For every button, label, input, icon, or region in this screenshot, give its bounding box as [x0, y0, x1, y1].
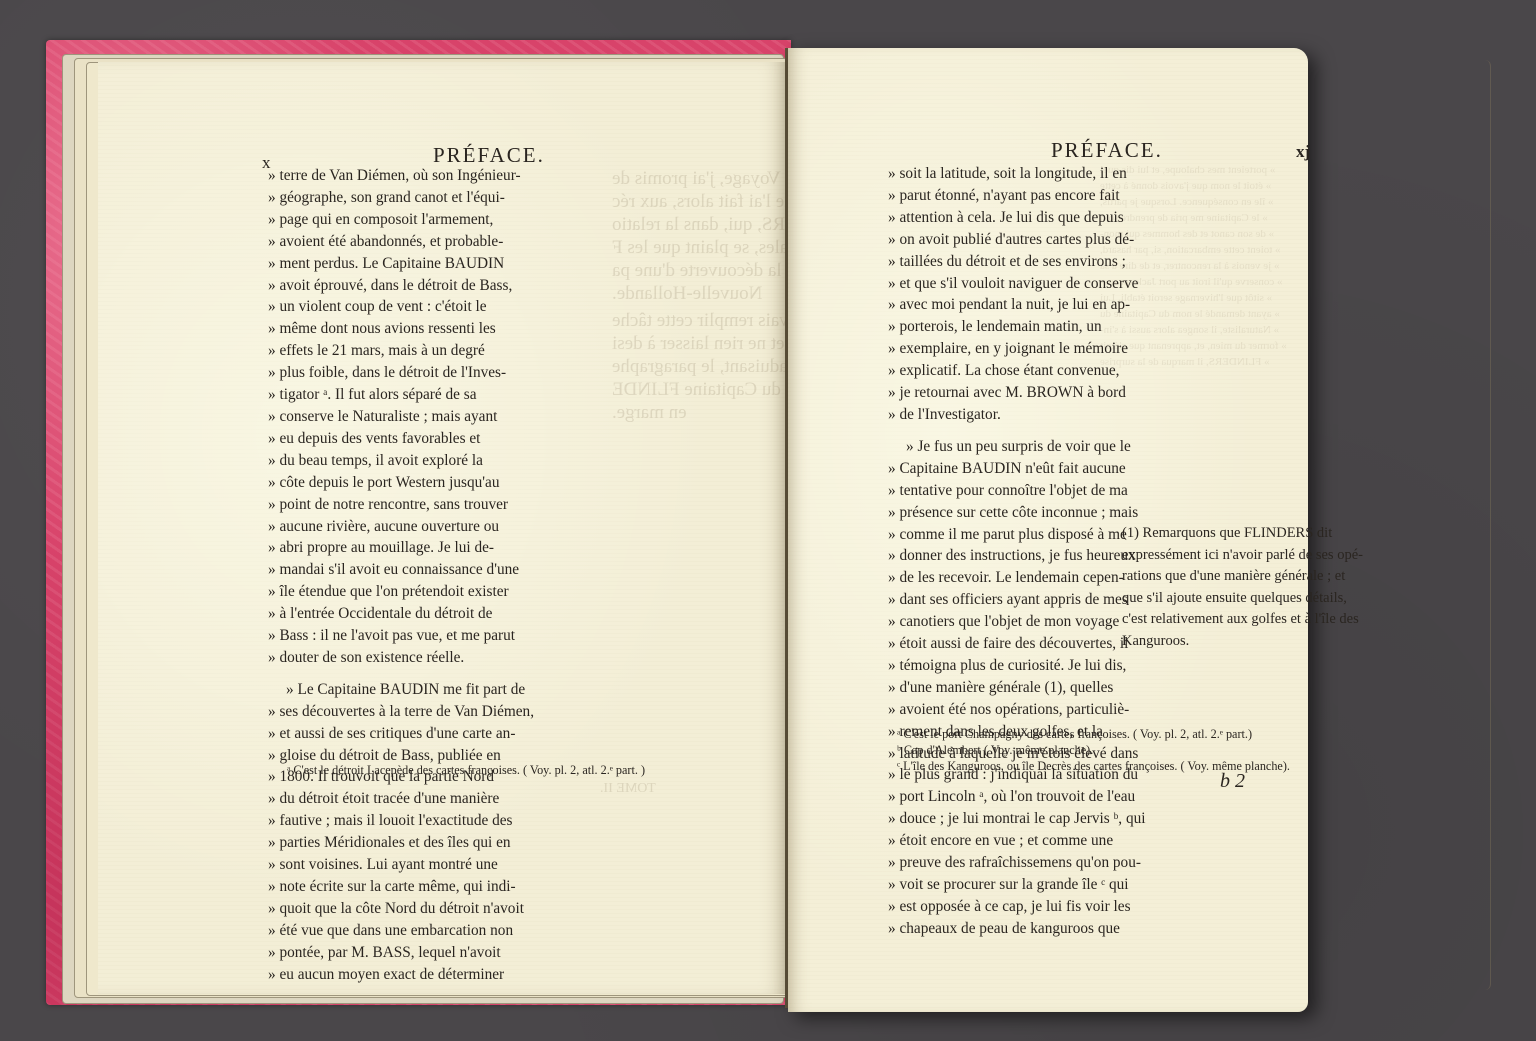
note-line: que s'il ajoute ensuite quelques détails… — [1122, 588, 1308, 610]
text-line: » est opposée à ce cap, je lui fis voir … — [888, 896, 1090, 918]
bleed-line: Nouvelle-Hollande. — [612, 283, 762, 306]
text-line: » de l'Investigator. — [888, 404, 1090, 426]
text-line: » un violent coup de vent : c'étoit le — [268, 296, 474, 318]
right-footnote-b: ᵇ Cap d'Alembert ( Voy. même planche). — [897, 742, 1093, 759]
text-line: » attention à cela. Je lui dis que depui… — [888, 207, 1090, 229]
text-line: » page qui en composoit l'armement, — [268, 209, 474, 231]
text-line: » à l'entrée Occidentale du détroit de — [268, 603, 474, 625]
text-line: » canotiers que l'objet de mon voyage — [888, 611, 1090, 633]
text-line: » Capitaine BAUDIN n'eût fait aucune — [888, 458, 1090, 480]
text-line: » fautive ; mais il louoit l'exactitude … — [268, 810, 474, 832]
text-line: » aucune rivière, aucune ouverture ou — [268, 516, 474, 538]
note-line: c'est relativement aux golfes et à l'île… — [1122, 609, 1308, 631]
text-line: » port Lincoln ᵃ, où l'on trouvoit de l'… — [888, 786, 1090, 808]
text-line: » je retournai avec M. BROWN à bord — [888, 382, 1090, 404]
text-line: » point de notre rencontre, sans trouver — [268, 494, 474, 516]
note-line: Kanguroos. — [1122, 631, 1308, 653]
text-line: » parties Méridionales et des îles qui e… — [268, 832, 474, 854]
text-line: » mandai s'il avoit eu connaissance d'un… — [268, 559, 474, 581]
text-line: » témoigna plus de curiosité. Je lui dis… — [888, 655, 1090, 677]
note-line: expressément ici n'avoir parlé de ses op… — [1122, 545, 1308, 567]
text-line: » pontée, par M. BASS, lequel n'avoit — [268, 942, 474, 964]
note-line: rations que d'une manière générale ; et — [1122, 566, 1308, 588]
text-line: » exemplaire, en y joignant le mémoire — [888, 338, 1090, 360]
text-line: » géographe, son grand canot et l'équi- — [268, 187, 474, 209]
deckle-edge — [1400, 60, 1491, 990]
text-line: » tigator ᵃ. Il fut alors séparé de sa — [268, 384, 474, 406]
text-line: » chapeaux de peau de kanguroos que — [888, 918, 1090, 940]
text-line: » été vue que dans une embarcation non — [268, 920, 474, 942]
text-line: » quoit que la côte Nord du détroit n'av… — [268, 898, 474, 920]
text-line: » on avoit publié d'autres cartes plus d… — [888, 229, 1090, 251]
text-line: » étoit encore en vue ; et comme une — [888, 830, 1090, 852]
text-line: » terre de Van Diémen, où son Ingénieur- — [268, 165, 474, 187]
text-line: » Bass : il ne l'avoit pas vue, et me pa… — [268, 625, 474, 647]
text-line: » Je fus un peu surpris de voir que le — [888, 436, 1090, 458]
text-line: » du détroit étoit tracée d'une manière — [268, 788, 474, 810]
text-line: » douter de son existence réelle. — [268, 647, 474, 669]
text-line: » de les recevoir. Le lendemain cepen- — [888, 567, 1090, 589]
bleed-line: » le Capitaine me pria de prendre soin — [1100, 210, 1268, 226]
text-line: » présence sur cette côte inconnue ; mai… — [888, 502, 1090, 524]
right-folio: xj — [1296, 142, 1310, 162]
text-line: » porterois, le lendemain matin, un — [888, 316, 1090, 338]
bleed-line: Je vais remplir cette tâche — [612, 310, 809, 333]
text-line: » parut étonné, n'ayant pas encore fait — [888, 185, 1090, 207]
text-line: » avoient été abandonnés, et probable- — [268, 231, 474, 253]
text-line: » tentative pour connoître l'objet de ma — [888, 480, 1090, 502]
text-line: » douce ; je lui montrai le cap Jervis ᵇ… — [888, 808, 1090, 830]
text-line: » explicatif. La chose étant convenue, — [888, 360, 1090, 382]
text-line: » avoient été nos opérations, particuliè… — [888, 699, 1090, 721]
text-line: » île étendue que l'on prétendoit existe… — [268, 581, 474, 603]
bleed-line: » île en conséquence. Lorsque je partis, — [1100, 194, 1274, 210]
right-body-text: » soit la latitude, soit la longitude, i… — [888, 163, 1090, 940]
text-line: » taillées du détroit et de ses environs… — [888, 251, 1090, 273]
text-line: » sont voisines. Lui ayant montré une — [268, 854, 474, 876]
bleed-line: » Naturaliste, il songea alors aussi à s… — [1100, 322, 1279, 338]
text-line: » donner des instructions, je fus heureu… — [888, 545, 1090, 567]
bleed-line: TOME II. — [600, 778, 656, 801]
text-line: » effets le 21 mars, mais à un degré — [268, 340, 474, 362]
text-line: » eu aucun moyen exact de déterminer — [268, 964, 474, 986]
text-line: » Le Capitaine BAUDIN me fit part de — [268, 679, 474, 701]
text-line: » et aussi de ses critiques d'une carte … — [268, 723, 474, 745]
bleed-line: en marge. — [612, 402, 687, 425]
text-line: » du beau temps, il avoit exploré la — [268, 450, 474, 472]
text-line: » ment perdus. Le Capitaine BAUDIN — [268, 253, 474, 275]
right-footnote-a: ᵃ C'est le port Champagny des cartes fra… — [897, 726, 1252, 743]
text-line: » côte depuis le port Western jusqu'au — [268, 472, 474, 494]
right-running-head: PRÉFACE. — [1051, 138, 1163, 163]
text-line: » et que s'il vouloit naviguer de conser… — [888, 273, 1090, 295]
margin-note: (1) Remarquons que FLINDERS dit expressé… — [1122, 523, 1308, 652]
text-line: » d'une manière générale (1), quelles — [888, 677, 1090, 699]
text-line: » voit se procurer sur la grande île ᶜ q… — [888, 874, 1090, 896]
text-line: » avoit éprouvé, dans le détroit de Bass… — [268, 275, 474, 297]
signature-mark: b 2 — [1220, 770, 1245, 793]
left-footnote: ᵃ C'est le détroit Lacepède des cartes f… — [287, 762, 645, 779]
note-line: (1) Remarquons que FLINDERS dit — [1122, 523, 1308, 545]
text-line: » étoit aussi de faire des découvertes, … — [888, 633, 1090, 655]
text-line: » soit la latitude, soit la longitude, i… — [888, 163, 1090, 185]
text-line: » eu depuis des vents favorables et — [268, 428, 474, 450]
text-line: » comme il me parut plus disposé à me — [888, 524, 1090, 546]
bleed-line: » je venois à la rencontrer, et de dire … — [1100, 258, 1279, 274]
text-line: » dant ses officiers ayant appris de mes — [888, 589, 1090, 611]
text-line: » note écrite sur la carte même, qui ind… — [268, 876, 474, 898]
left-body-text: » terre de Van Diémen, où son Ingénieur-… — [268, 165, 474, 986]
text-line: » avec moi pendant la nuit, je lui en ap… — [888, 294, 1090, 316]
text-line: » plus foible, dans le détroit de l'Inve… — [268, 362, 474, 384]
text-line: » ses découvertes à la terre de Van Diém… — [268, 701, 474, 723]
bleed-line: » former du mien, et, apprenant que c'ét… — [1100, 338, 1287, 354]
text-line: » abri propre au mouillage. Je lui de- — [268, 537, 474, 559]
text-line: » preuve des rafraîchissemens qu'on pou- — [888, 852, 1090, 874]
text-line: » même dont nous avions ressenti les — [268, 318, 474, 340]
text-line: » conserve le Naturaliste ; mais ayant — [268, 406, 474, 428]
